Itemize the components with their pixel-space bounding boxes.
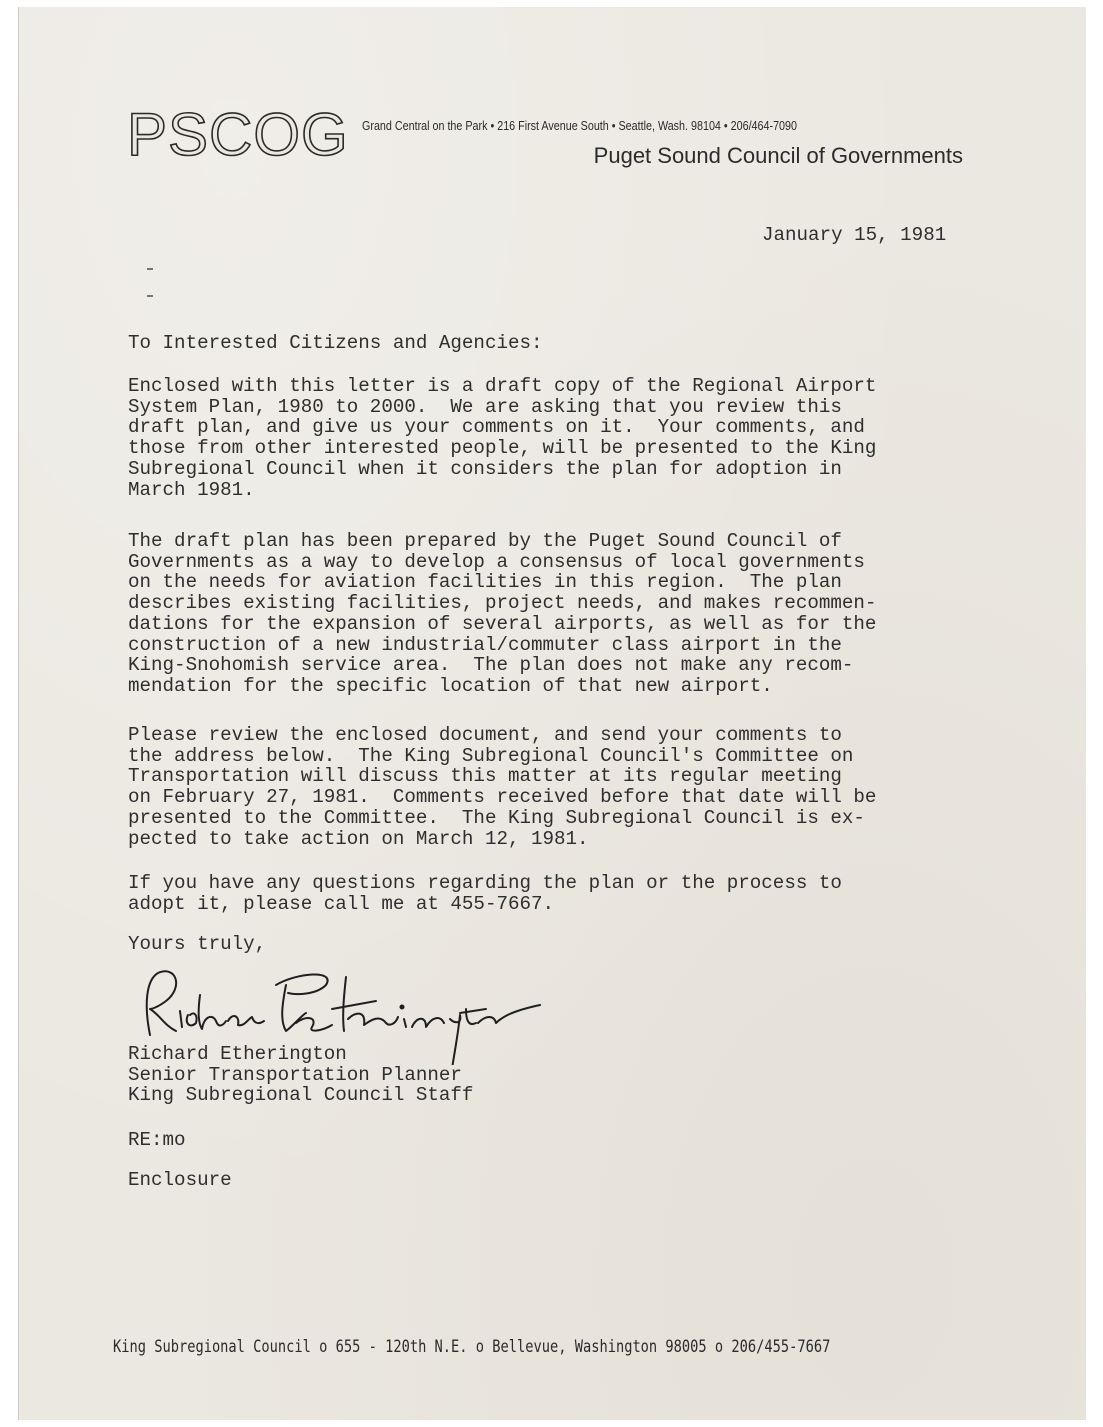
signature-block: Richard Etherington Senior Transportatio…	[128, 1044, 473, 1106]
salutation: To Interested Citizens and Agencies:	[128, 333, 543, 354]
signatory-title: Senior Transportation Planner	[128, 1064, 462, 1086]
letter-date: January 15, 1981	[762, 225, 946, 246]
organization-name: Puget Sound Council of Governments	[594, 143, 963, 169]
enclosure-notation: Enclosure	[128, 1170, 232, 1191]
letterhead-address: Grand Central on the Park • 216 First Av…	[362, 119, 878, 133]
pscog-logo: PSCOG	[127, 105, 349, 165]
margin-mark	[147, 268, 153, 270]
body-paragraph-3: Please review the enclosed document, and…	[128, 725, 876, 849]
margin-mark	[147, 295, 153, 297]
letter-page	[18, 7, 1086, 1420]
body-paragraph-4: If you have any questions regarding the …	[128, 873, 842, 914]
signatory-name: Richard Etherington	[128, 1043, 347, 1065]
body-paragraph-2: The draft plan has been prepared by the …	[128, 531, 876, 697]
closing: Yours truly,	[128, 934, 266, 955]
footer-address: King Subregional Council o 655 - 120th N…	[113, 1337, 830, 1356]
typist-initials: RE:mo	[128, 1130, 186, 1151]
signatory-organization: King Subregional Council Staff	[128, 1084, 473, 1106]
body-paragraph-1: Enclosed with this letter is a draft cop…	[128, 376, 876, 500]
